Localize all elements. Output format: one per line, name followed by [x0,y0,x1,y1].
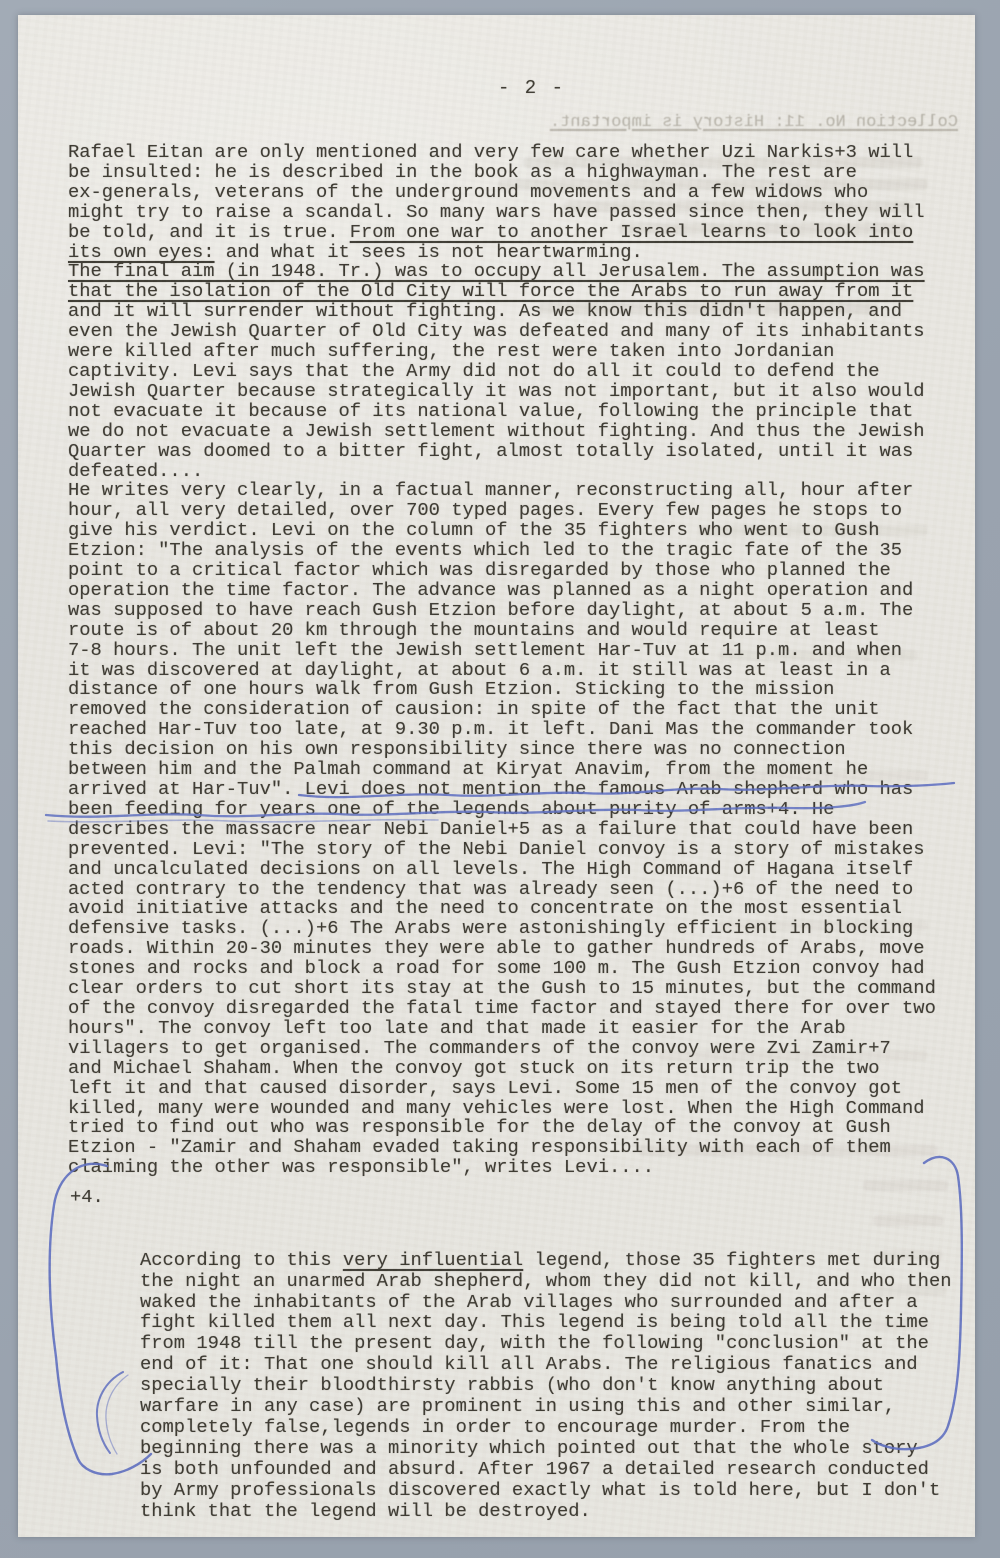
text-segment: arrived at Har-Tuv". Levi does not menti… [68,778,913,800]
text-segment: acted contrary to the tendency that was … [68,878,913,900]
text-segment: operation the time factor. The advance w… [68,579,913,601]
text-line: and uncalculated decisions on all levels… [68,860,973,880]
page-number: - 2 - [53,77,1000,99]
text-line: was supposed to have reach Gush Etzion b… [68,601,973,621]
text-segment: villagers to get organised. The commande… [68,1037,891,1059]
text-segment: captivity. Levi says that the Army did n… [68,360,879,382]
text-line: think that the legend will be destroyed. [140,1501,973,1522]
text-segment: by Army professionals discovered exactly… [140,1479,940,1501]
text-segment: The final aim (in 1948. Tr.) was to occu… [68,260,925,282]
text-line: even the Jewish Quarter of Old City was … [68,322,973,342]
text-segment: killed, many were wounded and many vehic… [68,1097,925,1119]
text-line: reached Har-Tuv too late, at 9.30 p.m. i… [68,720,973,740]
text-line: defensive tasks. (...)+6 The Arabs were … [68,919,973,939]
text-line: hours". The convoy left too late and tha… [68,1019,973,1039]
body-text: Rafael Eitan are only mentioned and very… [68,143,973,1178]
text-segment: not evacuate it because of its national … [68,400,913,422]
text-line: tried to find out who was responsible fo… [68,1118,973,1138]
text-line: that the isolation of the Old City will … [68,282,973,302]
text-segment: claiming the other was responsible", wri… [68,1156,654,1178]
text-line: Etzion: "The analysis of the events whic… [68,541,973,561]
text-segment: route is of about 20 km through the moun… [68,619,879,641]
text-line: it was discovered at daylight, at about … [68,661,973,681]
text-segment: give his verdict. Levi on the column of … [68,519,879,541]
text-segment: we do not evacuate a Jewish settlement w… [68,420,925,442]
text-segment: specially their bloodthirsty rabbis (who… [140,1374,884,1396]
text-line: distance of one hours walk from Gush Etz… [68,680,973,700]
text-segment: were killed after much suffering, the re… [68,340,834,362]
text-line: captivity. Levi says that the Army did n… [68,362,973,382]
text-line: be insulted: he is described in the book… [68,163,973,183]
text-line: The final aim (in 1948. Tr.) was to occu… [68,262,973,282]
text-segment: fight killed them all next day. This leg… [140,1311,929,1333]
text-line: operation the time factor. The advance w… [68,581,973,601]
text-segment: and what it sees is not heartwarming. [215,241,643,263]
text-segment: that the isolation of the Old City will … [68,280,913,302]
text-line: we do not evacuate a Jewish settlement w… [68,422,973,442]
text-line: hour, all very detailed, over 700 typed … [68,501,973,521]
text-segment: hour, all very detailed, over 700 typed … [68,499,902,521]
text-segment: According to this [140,1249,343,1271]
text-line: According to this very influential legen… [140,1250,973,1271]
text-line: and Michael Shaham. When the convoy got … [68,1059,973,1079]
text-segment: removed the consideration of causion: in… [68,698,879,720]
text-segment: think that the legend will be destroyed. [140,1500,591,1522]
text-segment: roads. Within 20-30 minutes they were ab… [68,937,925,959]
text-line: of the convoy disregarded the fatal time… [68,999,973,1019]
text-line: Etzion - "Zamir and Shaham evaded taking… [68,1138,973,1158]
text-segment: and uncalculated decisions on all levels… [68,858,913,880]
text-segment: tried to find out who was responsible fo… [68,1116,891,1138]
text-line: stones and rocks and block a road for so… [68,959,973,979]
document-page: - 2 - Collection No. 11: History is impo… [18,15,975,1537]
text-line: not evacuate it because of its national … [68,402,973,422]
text-line: been feeding for years one of the legend… [68,800,973,820]
footnote-text: According to this very influential legen… [140,1250,973,1522]
text-segment: reached Har-Tuv too late, at 9.30 p.m. i… [68,718,913,740]
text-segment: was supposed to have reach Gush Etzion b… [68,599,913,621]
text-segment: Rafael Eitan are only mentioned and very… [68,141,913,163]
text-line: Quarter was doomed to a bitter fight, al… [68,442,973,462]
text-segment: ex-generals, veterans of the underground… [68,181,868,203]
text-segment: He writes very clearly, in a factual man… [68,479,913,501]
text-segment: be insulted: he is described in the book… [68,161,857,183]
text-segment: beginning there was a minority which poi… [140,1437,918,1459]
text-line: and it will surrender without fighting. … [68,302,973,322]
text-line: is both unfounded and absurd. After 1967… [140,1459,973,1480]
text-segment: might try to raise a scandal. So many wa… [68,201,925,223]
text-line: route is of about 20 km through the moun… [68,621,973,641]
text-line: He writes very clearly, in a factual man… [68,481,973,501]
footnote: +4. According to this very influential l… [68,1187,973,1558]
text-segment: very influential [343,1249,523,1271]
text-line: point to a critical factor which was dis… [68,561,973,581]
text-segment: this decision on his own responsibility … [68,738,846,760]
text-line: beginning there was a minority which poi… [140,1438,973,1459]
text-segment: legend, those 35 fighters met during [523,1249,940,1271]
text-segment: defensive tasks. (...)+6 The Arabs were … [68,917,913,939]
text-segment: describes the massacre near Nebi Daniel+… [68,818,913,840]
text-line: its own eyes: and what it sees is not he… [68,243,973,263]
text-segment: distance of one hours walk from Gush Etz… [68,678,834,700]
text-segment: Quarter was doomed to a bitter fight, al… [68,440,913,462]
text-segment: clear orders to cut short its stay at th… [68,977,936,999]
text-segment: point to a critical factor which was dis… [68,559,891,581]
text-line: this decision on his own responsibility … [68,740,973,760]
text-line: defeated.... [68,462,973,482]
text-line: Jewish Quarter because strategically it … [68,382,973,402]
text-segment: Etzion - "Zamir and Shaham evaded taking… [68,1136,891,1158]
text-line: clear orders to cut short its stay at th… [68,979,973,999]
text-line: claiming the other was responsible", wri… [68,1158,973,1178]
text-line: warfare in any case) are prominent in us… [140,1396,973,1417]
footnote-marker: +4. [70,1187,104,1208]
text-segment: been feeding for years one of the legend… [68,798,834,820]
text-line: left it and that caused disorder, says L… [68,1079,973,1099]
text-segment: warfare in any case) are prominent in us… [140,1395,895,1417]
text-line: prevented. Levi: "The story of the Nebi … [68,840,973,860]
text-line: arrived at Har-Tuv". Levi does not menti… [68,780,973,800]
text-segment: stones and rocks and block a road for so… [68,957,925,979]
text-segment: between him and the Palmah command at Ki… [68,758,868,780]
text-segment: avoid initiative attacks and the need to… [68,897,902,919]
text-line: Rafael Eitan are only mentioned and very… [68,143,973,163]
text-segment: left it and that caused disorder, says L… [68,1077,902,1099]
text-line: waked the inhabitants of the Arab villag… [140,1292,973,1313]
text-segment: completely false,legends in order to enc… [140,1416,850,1438]
text-line: villagers to get organised. The commande… [68,1039,973,1059]
text-segment: Jewish Quarter because strategically it … [68,380,925,402]
text-segment: waked the inhabitants of the Arab villag… [140,1291,918,1313]
text-line: be told, and it is true. From one war to… [68,223,973,243]
text-line: might try to raise a scandal. So many wa… [68,203,973,223]
text-line: between him and the Palmah command at Ki… [68,760,973,780]
text-segment: from 1948 till the present day, with the… [140,1332,929,1354]
text-line: killed, many were wounded and many vehic… [68,1099,973,1119]
text-line: specially their bloodthirsty rabbis (who… [140,1375,973,1396]
text-segment: it was discovered at daylight, at about … [68,659,891,681]
text-line: were killed after much suffering, the re… [68,342,973,362]
text-line: describes the massacre near Nebi Daniel+… [68,820,973,840]
text-line: roads. Within 20-30 minutes they were ab… [68,939,973,959]
text-segment: the night an unarmed Arab shepherd, whom… [140,1270,951,1292]
text-segment: end of it: That one should kill all Arab… [140,1353,918,1375]
text-segment: prevented. Levi: "The story of the Nebi … [68,838,925,860]
text-segment: and Michael Shaham. When the convoy got … [68,1057,879,1079]
text-segment: defeated.... [68,460,203,482]
text-line: removed the consideration of causion: in… [68,700,973,720]
scan-background: - 2 - Collection No. 11: History is impo… [0,0,1000,1558]
text-segment: of the convoy disregarded the fatal time… [68,997,936,1019]
text-line: give his verdict. Levi on the column of … [68,521,973,541]
text-segment: hours". The convoy left too late and tha… [68,1017,846,1039]
text-segment: Etzion: "The analysis of the events whic… [68,539,902,561]
text-segment: even the Jewish Quarter of Old City was … [68,320,925,342]
text-line: end of it: That one should kill all Arab… [140,1354,973,1375]
text-segment: its own eyes: [68,241,215,263]
text-line: ex-generals, veterans of the underground… [68,183,973,203]
text-line: acted contrary to the tendency that was … [68,880,973,900]
text-segment: be told, and it is true. [68,221,350,243]
text-line: fight killed them all next day. This leg… [140,1312,973,1333]
text-line: by Army professionals discovered exactly… [140,1480,973,1501]
text-line: completely false,legends in order to enc… [140,1417,973,1438]
text-segment: 7-8 hours. The unit left the Jewish sett… [68,639,902,661]
text-line: 7-8 hours. The unit left the Jewish sett… [68,641,973,661]
text-line: avoid initiative attacks and the need to… [68,899,973,919]
text-segment: is both unfounded and absurd. After 1967… [140,1458,929,1480]
text-segment: and it will surrender without fighting. … [68,300,902,322]
ghost-bleedthrough-heading: Collection No. 11: History is important. [538,113,958,132]
text-line: from 1948 till the present day, with the… [140,1333,973,1354]
text-line: the night an unarmed Arab shepherd, whom… [140,1271,973,1292]
text-segment: From one war to another Israel learns to… [350,221,914,243]
